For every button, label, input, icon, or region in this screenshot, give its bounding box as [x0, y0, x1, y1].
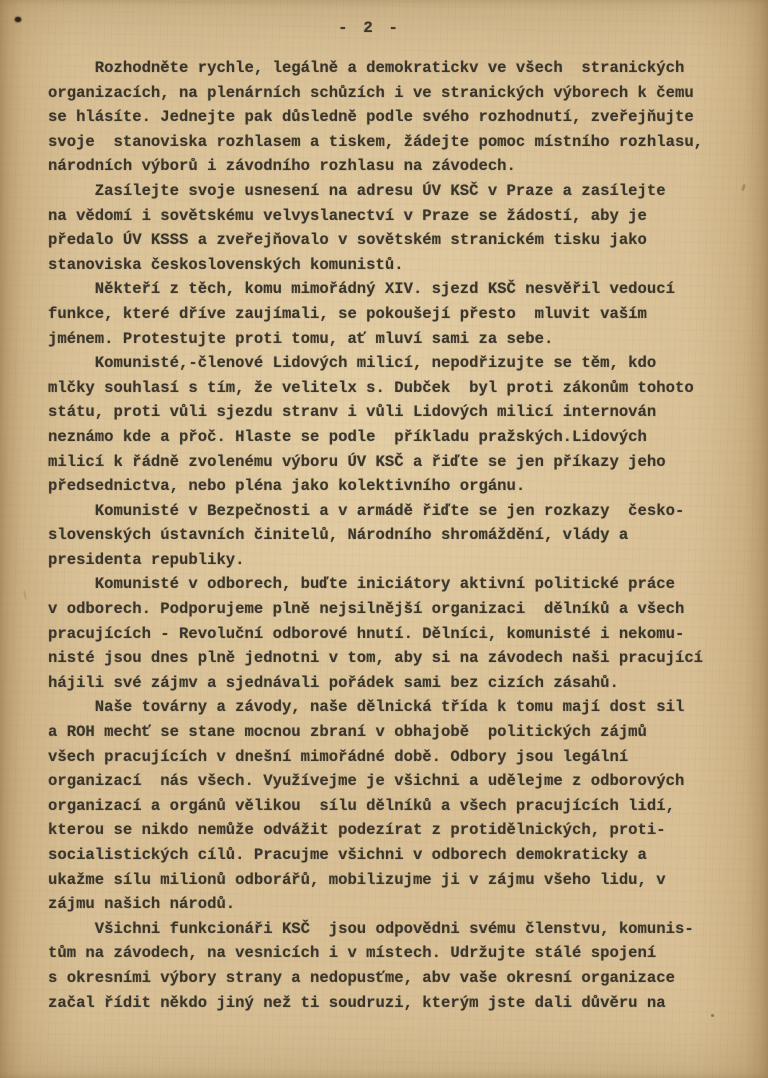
text-line: zájmu našich národů. [48, 892, 748, 917]
text-line: Zasílejte svoje usnesení na adresu ÚV KS… [48, 179, 748, 204]
text-line: organizacích, na plenárních schůzích i v… [48, 81, 748, 106]
ink-speck [15, 17, 21, 22]
text-line: stanoviska československých komunistů. [48, 253, 748, 278]
text-line: mlčky souhlasí s tím, že velitelx s. Dub… [48, 376, 748, 401]
text-line: socialistických cílů. Pracujme všichni v… [48, 843, 748, 868]
text-line: neznámo kde a přoč. Hlaste se podle přík… [48, 425, 748, 450]
page-number: - 2 - [338, 19, 401, 37]
text-line: funkce, které dříve zaujímali, se pokouš… [48, 302, 748, 327]
text-line: Naše továrny a závody, naše dělnická tří… [48, 695, 748, 720]
text-line: kterou se nikdo nemůže odvážit podezírat… [48, 818, 748, 843]
scanned-document-page: - 2 - Rozhodněte rychle, legálně a demok… [0, 0, 768, 1078]
text-line: organizací nás všech. Využívejme je všic… [48, 769, 748, 794]
text-line: Rozhodněte rychle, legálně a demokratick… [48, 56, 748, 81]
paper-fibre-mark [23, 590, 27, 600]
text-line: na vědomí i sovětskému velvyslanectví v … [48, 204, 748, 229]
text-line: státu, proti vůli sjezdu stranv i vůli L… [48, 400, 748, 425]
text-line: Komunisté v odborech, buďte iniciátory a… [48, 572, 748, 597]
text-line: ukažme sílu milionů odborářů, mobilizujm… [48, 868, 748, 893]
text-line: se hlásíte. Jednejte pak důsledně podle … [48, 105, 748, 130]
text-line: předsednictva, nebo pléna jako kolektivn… [48, 474, 748, 499]
text-line: tům na závodech, na vesnicích i v místec… [48, 941, 748, 966]
text-line: s okresními výbory strany a nedopusťme, … [48, 966, 748, 991]
text-line: svoje stanoviska rozhlasem a tiskem, žád… [48, 130, 748, 155]
text-line: organizací a orgánů vělikou sílu dělníků… [48, 794, 748, 819]
text-line: a ROH mechť se stane mocnou zbraní v obh… [48, 720, 748, 745]
text-line: Komunisté,-členové Lidových milicí, nepo… [48, 351, 748, 376]
text-line: všech pracujících v dnešní mimořádné dob… [48, 745, 748, 770]
text-line: Všichni funkcionáři KSČ jsou odpovědni s… [48, 917, 748, 942]
text-line: národních výborů i závodního rozhlasu na… [48, 154, 748, 179]
text-line: jménem. Protestujte proti tomu, ať mluví… [48, 327, 748, 352]
text-line: v odborech. Podporujeme plně nejsilnější… [48, 597, 748, 622]
text-line: začal řídit někdo jiný než ti soudruzi, … [48, 991, 748, 1016]
text-line: Komunisté v Bezpečnosti a v armádě řiďte… [48, 499, 748, 524]
text-line: milicí k řádně zvolenému výboru ÚV KSČ a… [48, 450, 748, 475]
text-line: Někteří z těch, komu mimořádný XIV. sjez… [48, 277, 748, 302]
text-line: nisté jsou dnes plně jednotni v tom, aby… [48, 646, 748, 671]
text-line: předalo ÚV KSSS a zveřejňovalo v sovětsk… [48, 228, 748, 253]
text-line: pracujících - Revoluční odborové hnutí. … [48, 622, 748, 647]
text-line: hájili své zájmv a sjednávali pořádek sa… [48, 671, 748, 696]
document-body: Rozhodněte rychle, legálně a demokratick… [48, 56, 748, 1015]
text-line: slovenských ústavních činitelů, Národníh… [48, 523, 748, 548]
text-line: presidenta republiky. [48, 548, 748, 573]
